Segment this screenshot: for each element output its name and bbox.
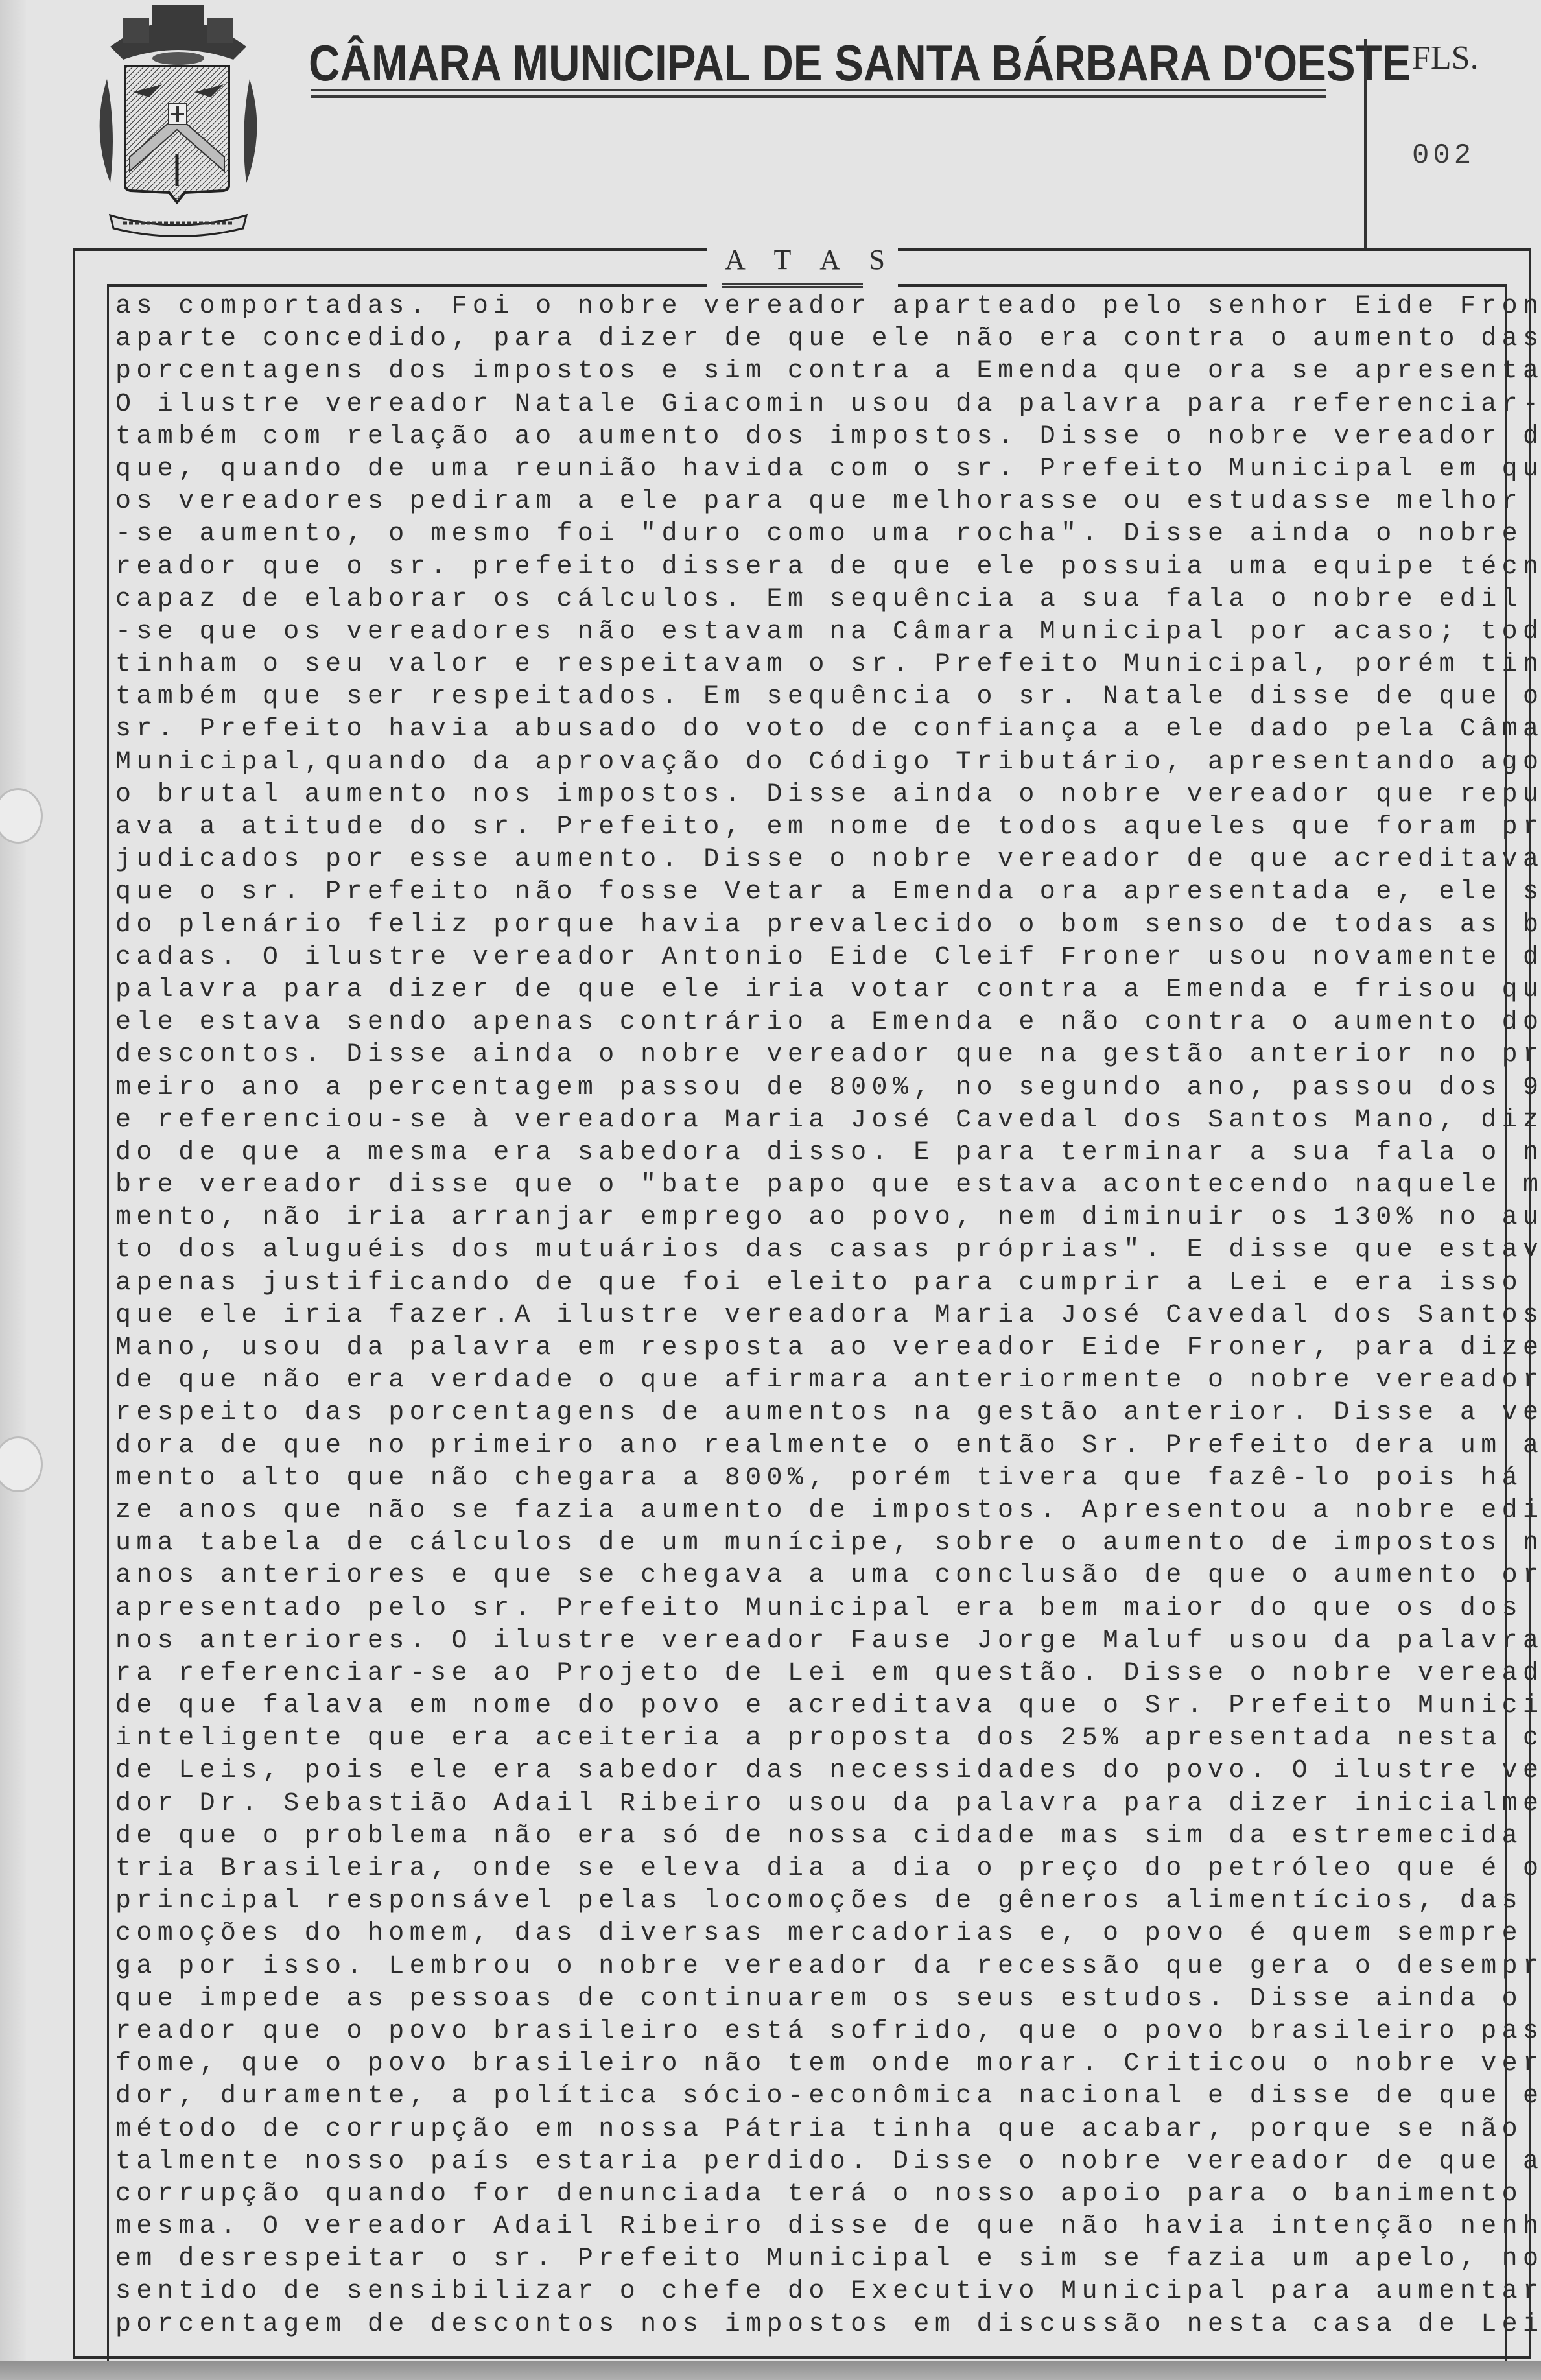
text-line: do de que a mesma era sabedora disso. E … [115, 1137, 1541, 1169]
folio-number: 002 [1412, 139, 1475, 172]
page-bottom-shadow [0, 2361, 1541, 2380]
text-line: método de corrupção em nossa Pátria tinh… [115, 2113, 1541, 2146]
text-line: porcentagem de descontos nos impostos em… [115, 2309, 1541, 2341]
text-line: que ele iria fazer.A ilustre vereadora M… [115, 1300, 1541, 1332]
text-line: o brutal aumento nos impostos. Disse ain… [115, 779, 1541, 811]
text-line: mento alto que não chegara a 800%, porém… [115, 1462, 1541, 1495]
text-line: de Leis, pois ele era sabedor das necess… [115, 1755, 1541, 1787]
text-line: uma tabela de cálculos de um munícipe, s… [115, 1527, 1541, 1560]
text-line: fome, que o povo brasileiro não tem onde… [115, 2048, 1541, 2080]
text-line: ava a atitude do sr. Prefeito, em nome d… [115, 811, 1541, 844]
text-line: de que o problema não era só de nossa ci… [115, 1820, 1541, 1853]
text-line: anos anteriores e que se chegava a uma c… [115, 1560, 1541, 1592]
text-line: principal responsável pelas locomoções d… [115, 1885, 1541, 1918]
text-line: dora de que no primeiro ano realmente o … [115, 1430, 1541, 1462]
text-line: tria Brasileira, onde se eleva dia a dia… [115, 1853, 1541, 1885]
text-line: de que falava em nome do povo e acredita… [115, 1690, 1541, 1722]
folio-label: FLS. [1412, 39, 1479, 77]
text-line: em desrespeitar o sr. Prefeito Municipal… [115, 2243, 1541, 2276]
text-line: que o sr. Prefeito não fosse Vetar a Eme… [115, 876, 1541, 909]
text-line: reador que o sr. prefeito dissera de que… [115, 551, 1541, 584]
text-line: to dos aluguéis dos mutuários das casas … [115, 1234, 1541, 1267]
text-line: -se aumento, o mesmo foi "duro como uma … [115, 518, 1541, 551]
text-line: de que não era verdade o que afirmara an… [115, 1364, 1541, 1397]
municipal-crest-icon [71, 1, 285, 248]
text-line: judicados por esse aumento. Disse o nobr… [115, 844, 1541, 876]
text-line: os vereadores pediram a ele para que mel… [115, 486, 1541, 518]
text-line: bre vereador disse que o "bate papo que … [115, 1169, 1541, 1202]
minutes-body: as comportadas. Foi o nobre vereador apa… [115, 291, 1541, 2341]
text-line: corrupção quando for denunciada terá o n… [115, 2178, 1541, 2211]
punch-hole [0, 788, 43, 844]
text-line: do plenário feliz porque havia prevaleci… [115, 909, 1541, 942]
text-line: apresentado pelo sr. Prefeito Municipal … [115, 1593, 1541, 1625]
folio-divider [1364, 39, 1367, 250]
title-rule-bottom [311, 95, 1326, 98]
text-line: aparte concedido, para dizer de que ele … [115, 323, 1541, 355]
text-line: descontos. Disse ainda o nobre vereador … [115, 1039, 1541, 1071]
text-line: sr. Prefeito havia abusado do voto de co… [115, 713, 1541, 746]
text-line: sentido de sensibilizar o chefe do Execu… [115, 2276, 1541, 2308]
title-rule-top [311, 89, 1326, 91]
text-line: também que ser respeitados. Em sequência… [115, 681, 1541, 713]
text-line: ele estava sendo apenas contrário a Emen… [115, 1006, 1541, 1039]
text-line: nos anteriores. O ilustre vereador Fause… [115, 1625, 1541, 1658]
section-label: A T A S [725, 243, 897, 276]
text-line: reador que o povo brasileiro está sofrid… [115, 2016, 1541, 2048]
text-line: e referenciou-se à vereadora Maria José … [115, 1104, 1541, 1137]
page-binding-edge [0, 0, 26, 2380]
text-line: Municipal,quando da aprovação do Código … [115, 746, 1541, 779]
text-line: também com relação ao aumento dos impost… [115, 421, 1541, 453]
text-line: Mano, usou da palavra em resposta ao ver… [115, 1332, 1541, 1364]
text-line: que, quando de uma reunião havida com o … [115, 453, 1541, 486]
text-line: dor, duramente, a política sócio-econômi… [115, 2080, 1541, 2113]
text-line: meiro ano a percentagem passou de 800%, … [115, 1072, 1541, 1104]
text-line: mento, não iria arranjar emprego ao povo… [115, 1202, 1541, 1234]
text-line: as comportadas. Foi o nobre vereador apa… [115, 291, 1541, 323]
text-line: porcentagens dos impostos e sim contra a… [115, 355, 1541, 388]
text-line: O ilustre vereador Natale Giacomin usou … [115, 388, 1541, 421]
text-line: -se que os vereadores não estavam na Câm… [115, 616, 1541, 649]
text-line: ga por isso. Lembrou o nobre vereador da… [115, 1951, 1541, 1983]
text-line: ze anos que não se fazia aumento de impo… [115, 1495, 1541, 1527]
text-line: talmente nosso país estaria perdido. Dis… [115, 2146, 1541, 2178]
text-line: apenas justificando de que foi eleito pa… [115, 1267, 1541, 1300]
punch-hole [0, 1436, 43, 1492]
text-line: comoções do homem, das diversas mercador… [115, 1918, 1541, 1950]
text-line: que impede as pessoas de continuarem os … [115, 1983, 1541, 2016]
text-line: inteligente que era aceiteria a proposta… [115, 1722, 1541, 1755]
institution-title: CÂMARA MUNICIPAL DE SANTA BÁRBARA D'OEST… [309, 34, 1184, 93]
text-line: tinham o seu valor e respeitavam o sr. P… [115, 649, 1541, 681]
text-line: respeito das porcentagens de aumentos na… [115, 1397, 1541, 1429]
text-line: ra referenciar-se ao Projeto de Lei em q… [115, 1658, 1541, 1690]
text-line: capaz de elaborar os cálculos. Em sequên… [115, 584, 1541, 616]
text-line: mesma. O vereador Adail Ribeiro disse de… [115, 2211, 1541, 2243]
text-line: dor Dr. Sebastião Adail Ribeiro usou da … [115, 1788, 1541, 1820]
text-line: cadas. O ilustre vereador Antonio Eide C… [115, 942, 1541, 974]
section-underline [722, 283, 863, 288]
text-line: palavra para dizer de que ele iria votar… [115, 974, 1541, 1006]
